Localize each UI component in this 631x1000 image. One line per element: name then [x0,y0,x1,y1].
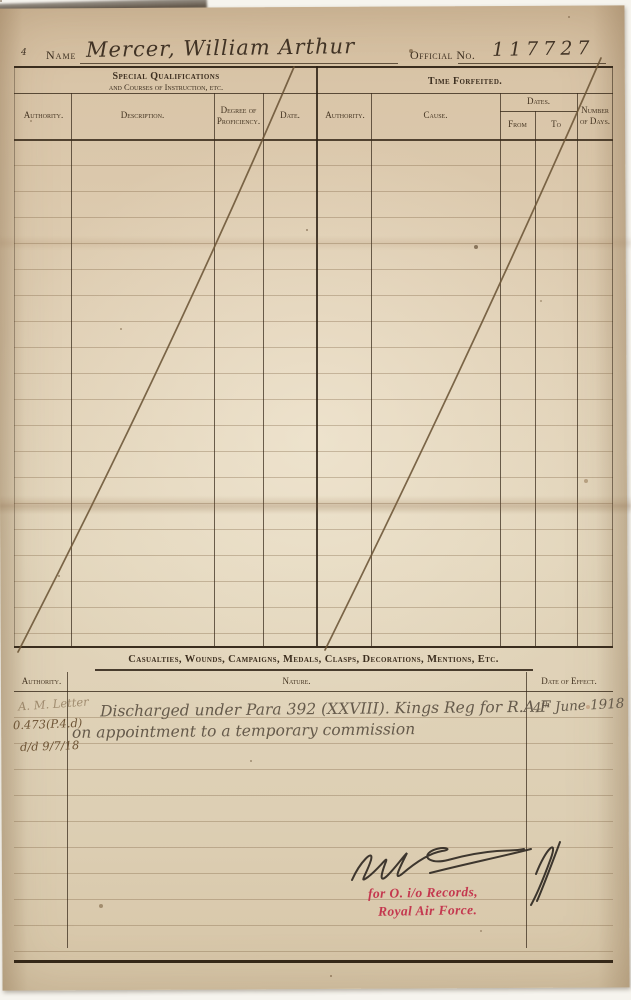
qual-col-description: Description. [71,93,214,139]
entry-authority-line3: d/d 9/7/18 [20,738,80,754]
upper-body-ruling [14,140,613,646]
vline-tf-2 [500,93,501,646]
casualties-bottom-border [14,960,613,963]
form-page-mark: 4 [21,48,27,58]
name-underline [80,63,398,64]
records-stamp-line2: Royal Air Force. [378,902,478,920]
name-value-handwritten: Mercer, William Arthur [86,34,355,62]
vline-tf-fromto [535,111,536,646]
vline-tf-1 [371,93,372,646]
upper-right-border [612,66,613,646]
center-divider [316,66,318,646]
qual-col-date: Date. [263,93,317,139]
vline-tf-3 [577,93,578,646]
official-no-value-handwritten: 117727 [492,37,595,61]
paper-specks [0,0,2,2]
entry-nature-line2: on appointment to a temporary commission [72,720,415,742]
cas-col-authority: Authority. [16,672,67,691]
time-forfeited-title: Time Forfeited. [317,75,613,87]
casualties-title-underline [95,669,533,671]
official-no-label: Official No. [410,48,475,63]
name-label: Name [46,48,76,63]
tf-col-authority: Authority. [319,93,371,139]
scanned-document-page: 4 Name Mercer, William Arthur Official N… [0,0,631,1000]
upper-left-border [14,66,15,646]
vline-qual-1 [71,93,72,646]
cas-col-nature: Nature. [67,672,526,691]
upper-table-bottom-border [14,646,613,648]
qualifications-subtitle: and Courses of Instruction, etc. [16,81,316,92]
official-no-underline [458,63,606,64]
tf-col-dates: Dates. [500,93,577,111]
upper-table-top-border [14,66,613,68]
tf-col-to: To [535,111,577,139]
records-stamp-line1: for O. i/o Records, [368,884,478,902]
cas-col-date-of-effect: Date of Effect. [526,672,612,691]
tf-col-from: From [500,111,535,139]
qual-col-authority: Authority. [16,93,71,139]
vline-qual-3 [263,93,264,646]
vline-cas-1 [67,672,68,948]
casualties-title: Casualties, Wounds, Campaigns, Medals, C… [14,650,613,668]
vline-qual-2 [214,93,215,646]
tf-col-number-of-days: Number of Days. [577,93,613,139]
tf-col-cause: Cause. [371,93,500,139]
qual-col-proficiency: Degree of Proficiency. [214,93,263,139]
